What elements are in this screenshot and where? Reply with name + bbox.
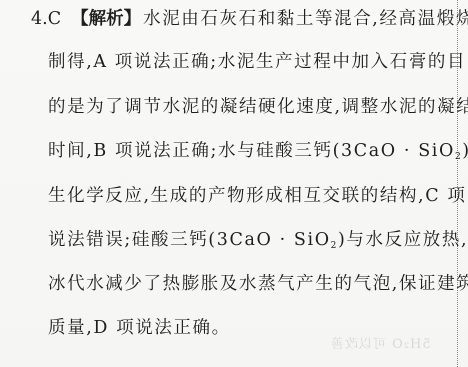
bleed-through-text: 5H₂O 可以改善 [330,333,431,352]
answer-line-7: 冰代水减少了热膨胀及水蒸气产生的气泡,保证建筑 [48,273,468,295]
line-text: 生化学反应,生成的产物形成相互交联的结构,C 项 [48,186,466,206]
line-text: 制得,A 项说法正确;水泥生产过程中加入石膏的目 [48,52,466,72]
answer-line-1: 4.C【解析】水泥由石灰石和黏土等混合,经高温煅烧 [31,8,468,30]
line-text: 的是为了调节水泥的凝结硬化速度,调整水泥的凝结 [48,97,468,117]
line-text-tail: )与水反应放热,以 [338,230,468,250]
question-number: 4.C [31,9,61,29]
subscript: 2 [331,241,338,251]
line-text: 冰代水减少了热膨胀及水蒸气产生的气泡,保证建筑 [48,274,468,294]
line-text: 水泥由石灰石和黏土等混合,经高温煅烧 [143,9,468,29]
answer-line-4: 时间,B 项说法正确;水与硅酸三钙(3CaO · SiO2)发 [48,140,468,162]
line-text: 时间,B 项说法正确;水与硅酸三钙(3CaO · SiO [48,141,455,161]
line-text-tail: )发 [462,141,468,161]
line-text: 说法错误;硅酸三钙(3CaO · SiO [48,230,331,250]
line-text: 质量,D 项说法正确。 [48,318,231,338]
answer-line-8: 质量,D 项说法正确。 [48,317,231,339]
answer-line-2: 制得,A 项说法正确;水泥生产过程中加入石膏的目 [48,51,466,73]
answer-line-6: 说法错误;硅酸三钙(3CaO · SiO2)与水反应放热,以 [48,229,468,251]
answer-line-3: 的是为了调节水泥的凝结硬化速度,调整水泥的凝结 [48,96,468,118]
analysis-tag: 【解析】 [71,9,141,29]
answer-line-5: 生化学反应,生成的产物形成相互交联的结构,C 项 [48,185,466,207]
scanned-page: 4.C【解析】水泥由石灰石和黏土等混合,经高温煅烧 制得,A 项说法正确;水泥生… [0,0,468,367]
